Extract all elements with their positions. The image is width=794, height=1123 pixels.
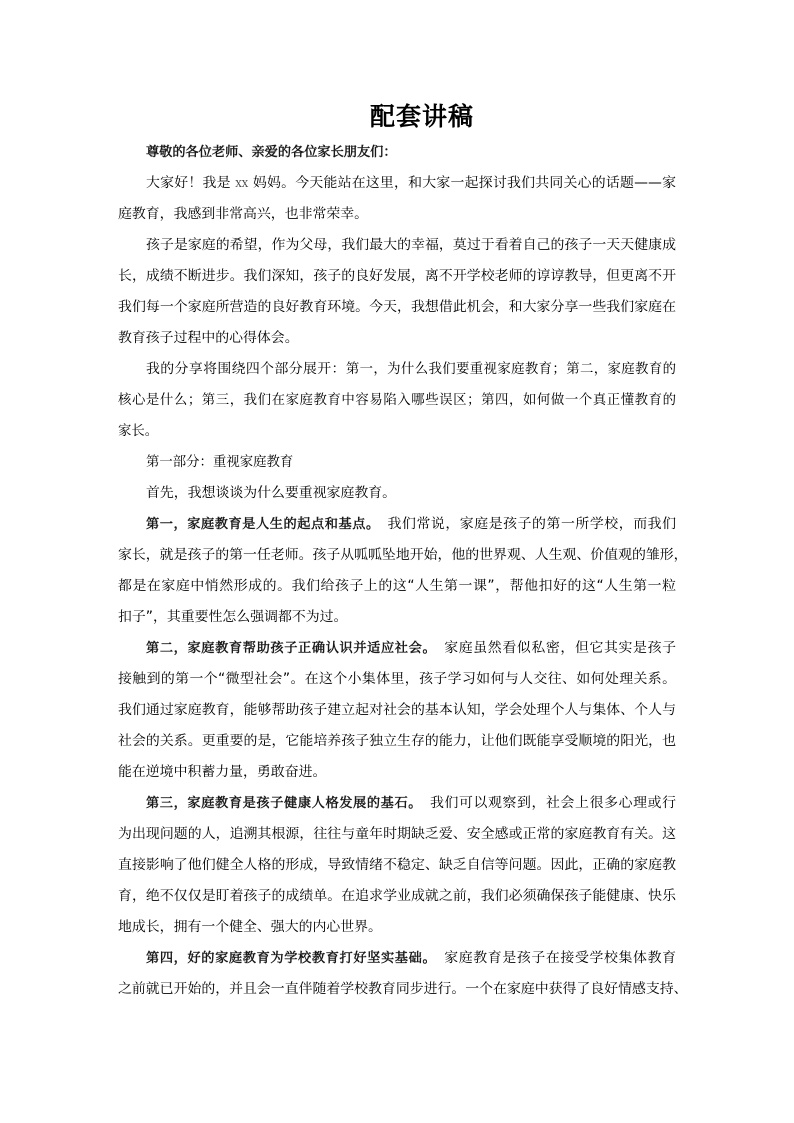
text-span: 大家好！我是 [146,175,235,191]
text-line: 接触到的第一个“微型社会”。在这个小集体里，孩子学习如何与人交往、如何处理关系。 [118,669,676,700]
text-span: 家庭教育是孩子在接受学校集体教育 [430,950,676,966]
text-span: 第一，为什么我们要重视家庭教育；第二，家庭教育的 [346,362,676,377]
point-lead: 第二，家庭教育帮助孩子正确认识并适应社会。 [146,641,430,656]
text-line: 大家好！我是 XX 妈妈。今天能站在这里，和大家一起探讨我们共同关心的话题——家 [118,173,676,204]
paragraph-point4: 第四，好的家庭教育为学校教育打好坚实基础。 家庭教育是孩子在接受学校集体教育 之… [118,948,676,1010]
text-line: 第三，家庭教育是孩子健康人格发展的基石。 我们可以观察到，社会上很多心理或行 [118,793,676,824]
document-page: 配套讲稿 尊敬的各位老师、亲爱的各位家长朋友们： 大家好！我是 XX 妈妈。今天… [0,0,794,1123]
text-line: 核心是什么；第三，我们在家庭教育中容易陷入哪些误区；第四，如何做一个真正懂教育的 [118,390,676,421]
text-line: 地成长，拥有一个健全、强大的内心世界。 [118,917,676,948]
text-line: 扣子”，其重要性怎么强调都不为过。 [118,607,676,638]
text-line: 都是在家庭中悄然形成的。我们给孩子上的这“人生第一课”，帮他扣好的这“人生第一粒 [118,576,676,607]
text-line: 能在逆境中积蓄力量，勇敢奋进。 [118,762,676,793]
text-line: 之前就已开始的，并且会一直伴随着学校教育同步进行。一个在家庭中获得了良好情感支持… [118,979,676,1010]
text-line: 教育孩子过程中的心得体会。 [118,328,676,359]
paragraph-hope: 孩子是家庭的希望，作为父母，我们最大的幸福，莫过于看着自己的孩子一天天健康成 长… [118,235,676,359]
text-line: 第二，家庭教育帮助孩子正确认识并适应社会。 家庭虽然看似私密，但它其实是孩子 [118,638,676,669]
text-line: 第四，好的家庭教育为学校教育打好坚实基础。 家庭教育是孩子在接受学校集体教育 [118,948,676,979]
point-lead: 第三，家庭教育是孩子健康人格发展的基石。 [146,796,415,811]
text-line: 家长，就是孩子的第一任老师。孩子从呱呱坠地开始，他的世界观、人生观、价值观的雏形… [118,545,676,576]
text-span: 我们常说，家庭是孩子的第一所学校，而我们 [373,516,676,532]
paragraph-point1: 第一，家庭教育是人生的起点和基点。 我们常说，家庭是孩子的第一所学校，而我们 家… [118,514,676,638]
text-line: 育，绝不仅仅是盯着孩子的成绩单。在追求学业成就之前，我们必须确保孩子能健康、快乐 [118,886,676,917]
text-line: 孩子是家庭的希望，作为父母，我们最大的幸福，莫过于看着自己的孩子一天天健康成 [118,235,676,266]
paragraph-point3: 第三，家庭教育是孩子健康人格发展的基石。 我们可以观察到，社会上很多心理或行 为… [118,793,676,948]
paragraph-point2: 第二，家庭教育帮助孩子正确认识并适应社会。 家庭虽然看似私密，但它其实是孩子 接… [118,638,676,793]
text-line: 为出现问题的人，追溯其根源，往往与童年时期缺乏爱、安全感或正常的家庭教育有关。这 [118,824,676,855]
text-span: 妈妈。今天能站在这里，和大家一起探讨我们共同关心的话题——家 [248,175,676,191]
text-line: 我们每一个家庭所营造的良好教育环境。今天，我想借此机会，和大家分享一些我们家庭在 [118,297,676,328]
text-line: 我们通过家庭教育，能够帮助孩子建立起对社会的基本认知，学会处理个人与集体、个人与 [118,700,676,731]
document-body: 尊敬的各位老师、亲爱的各位家长朋友们： 大家好！我是 XX 妈妈。今天能站在这里… [118,142,676,1010]
text-span: 家庭虽然看似私密，但它其实是孩子 [430,640,676,656]
paragraph-part1-intro: 首先，我想谈谈为什么要重视家庭教育。 [118,483,676,514]
name-placeholder: XX [235,180,248,190]
text-span: 我们可以观察到，社会上很多心理或行 [415,795,676,811]
text-line: 长，成绩不断进步。我们深知，孩子的良好发展，离不开学校老师的谆谆教导，但更离不开 [118,266,676,297]
text-line: 社会的关系。更重要的是，它能培养孩子独立生存的能力，让他们既能享受顺境的阳光，也 [118,731,676,762]
text-span: 我的分享将围绕四个部分展开： [146,361,346,377]
section-heading-part1: 第一部分：重视家庭教育 [118,452,676,483]
text-line: 第一，家庭教育是人生的起点和基点。 我们常说，家庭是孩子的第一所学校，而我们 [118,514,676,545]
greeting: 尊敬的各位老师、亲爱的各位家长朋友们： [118,142,676,173]
paragraph-outline: 我的分享将围绕四个部分展开：第一，为什么我们要重视家庭教育；第二，家庭教育的 核… [118,359,676,452]
text-line: 家长。 [118,421,676,452]
text-line: 我的分享将围绕四个部分展开：第一，为什么我们要重视家庭教育；第二，家庭教育的 [118,359,676,390]
paragraph-intro: 大家好！我是 XX 妈妈。今天能站在这里，和大家一起探讨我们共同关心的话题——家… [118,173,676,235]
point-lead: 第一，家庭教育是人生的起点和基点。 [146,517,373,532]
point-lead: 第四，好的家庭教育为学校教育打好坚实基础。 [146,951,430,966]
text-line: 庭教育，我感到非常高兴，也非常荣幸。 [118,204,676,235]
text-line: 直接影响了他们健全人格的形成，导致情绪不稳定、缺乏自信等问题。因此，正确的家庭教 [118,855,676,886]
document-title: 配套讲稿 [118,100,726,134]
